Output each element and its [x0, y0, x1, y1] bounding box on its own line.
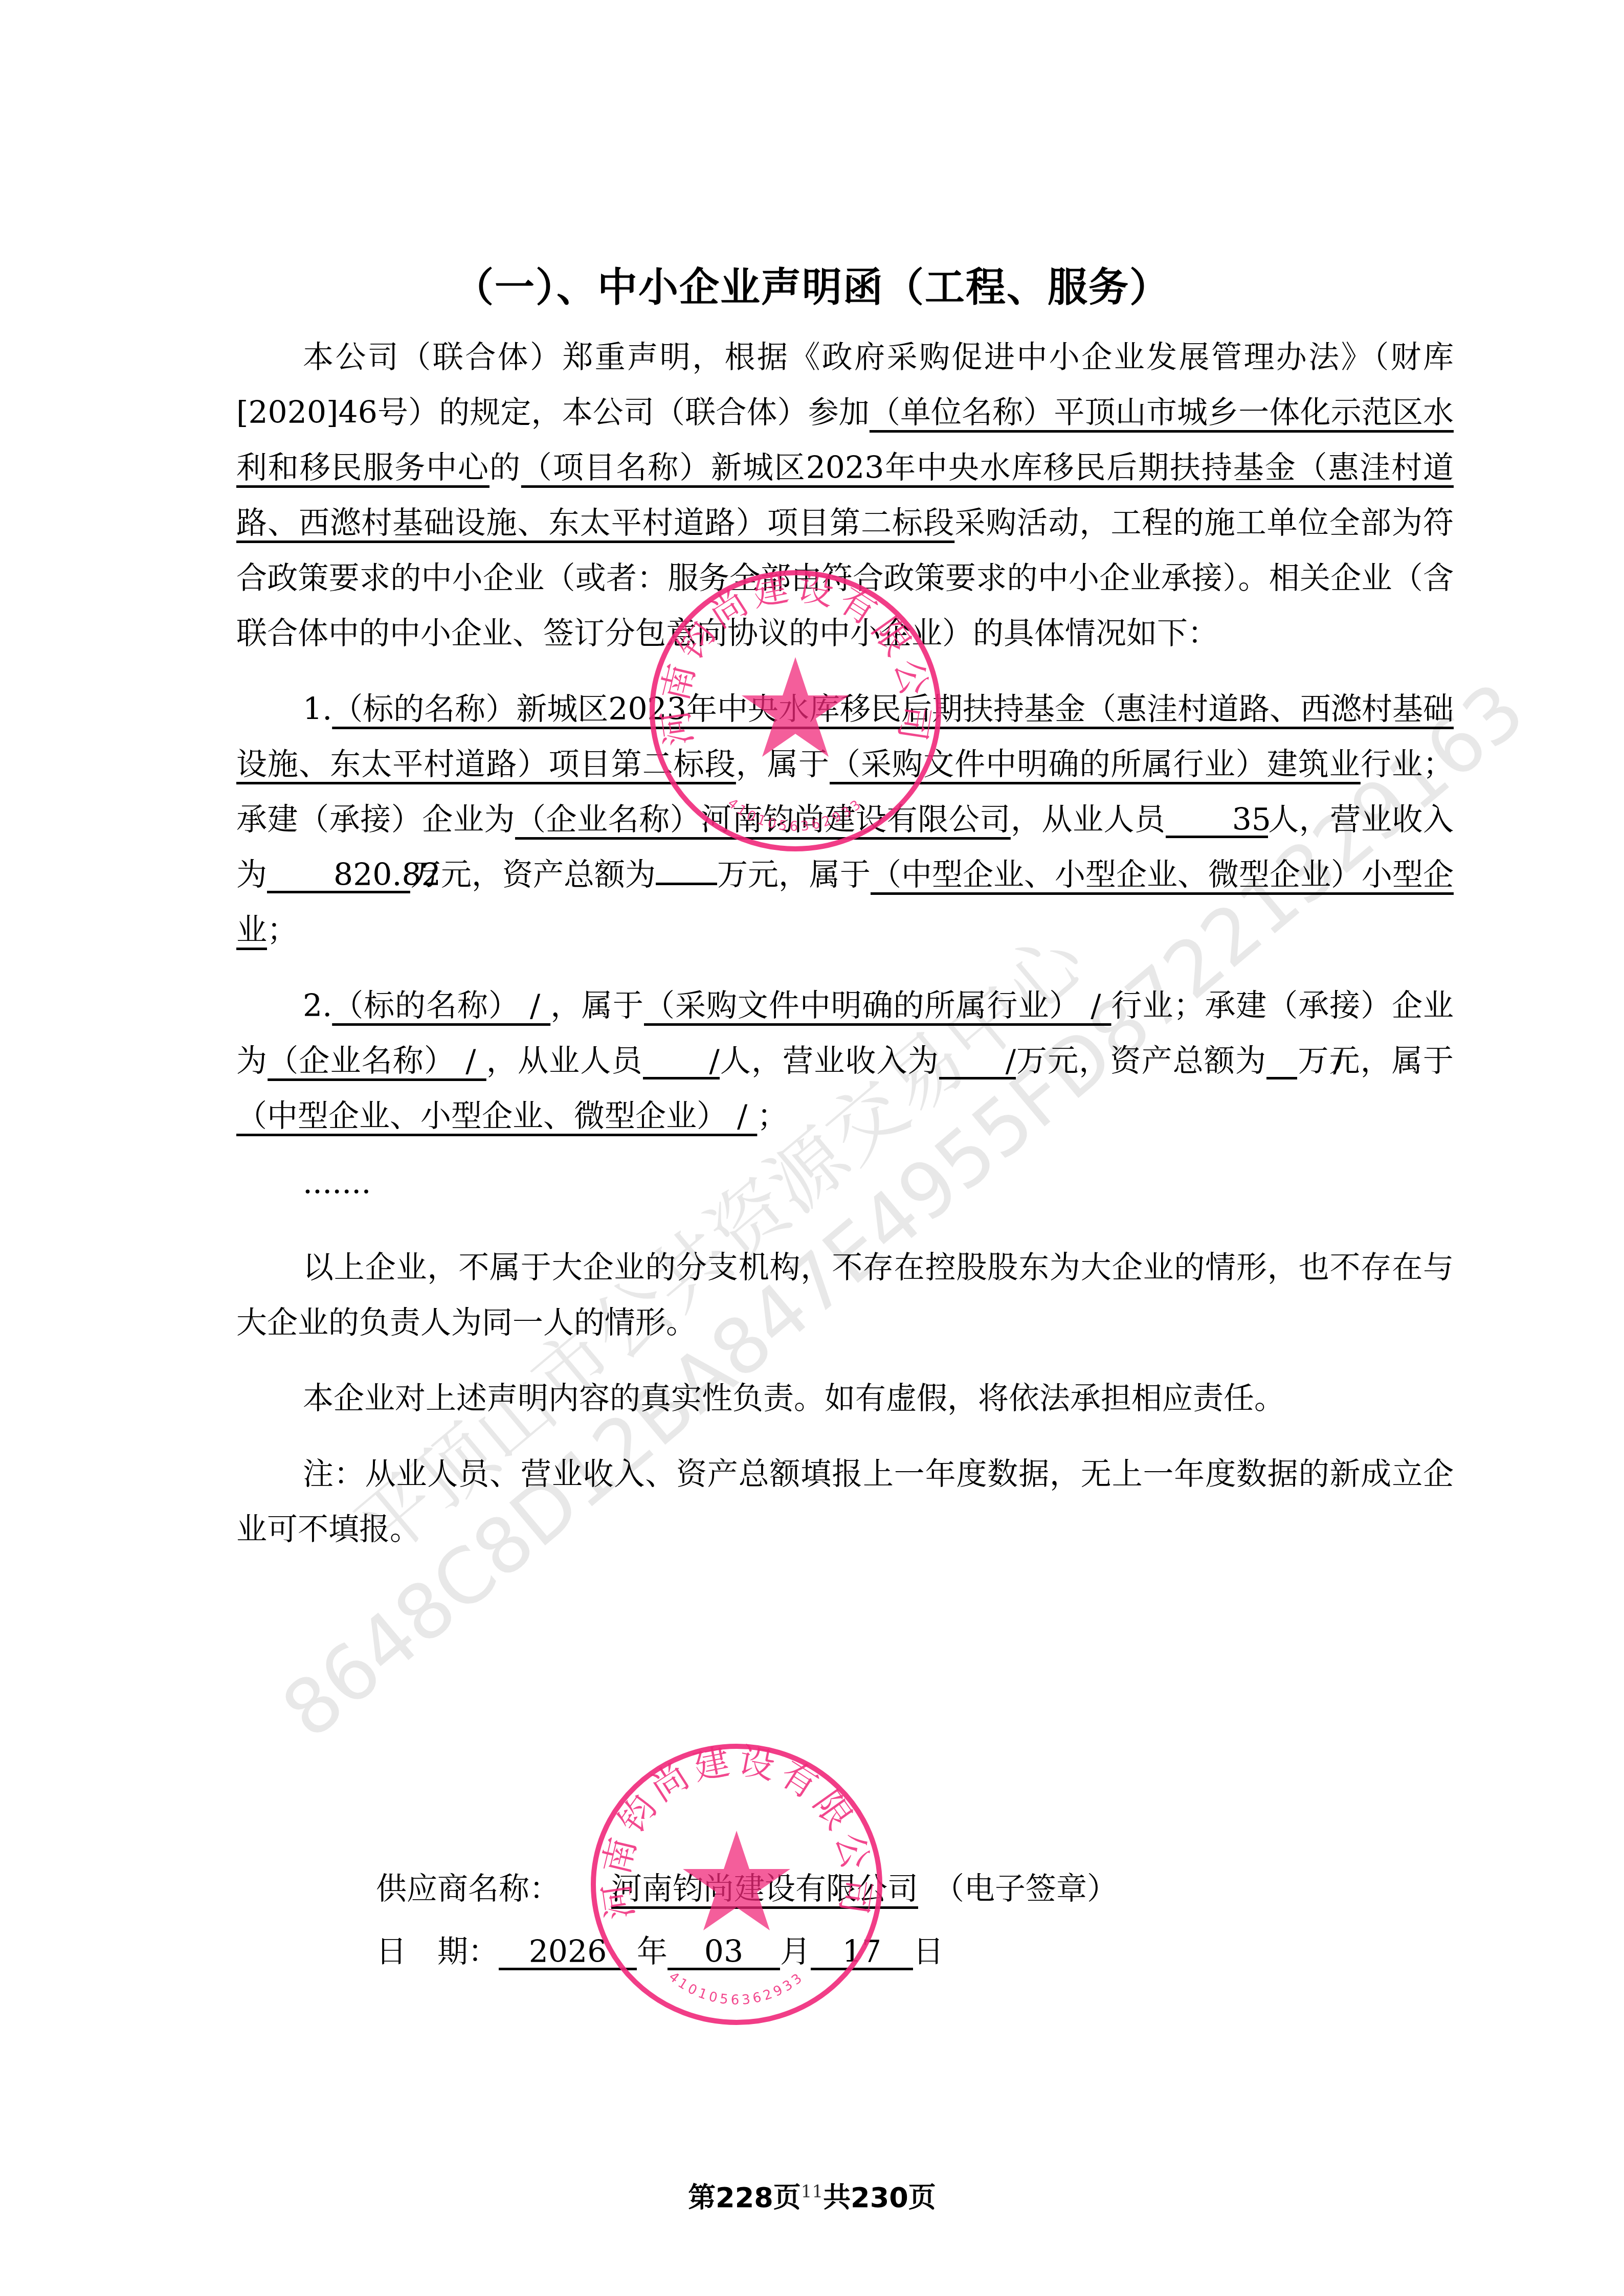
ellipsis: ······· — [236, 1164, 1454, 1220]
supplier-label: 供应商名称： — [376, 1871, 560, 1907]
label: 年 — [637, 1934, 668, 1970]
label: ，属于 — [550, 988, 644, 1024]
item-number: 2. — [303, 988, 332, 1024]
page-number: 第228页 — [688, 2181, 801, 2214]
industry: （采购文件中明确的所属行业） / — [644, 988, 1111, 1024]
label: ； — [757, 1098, 788, 1134]
enterprise-item-1: 1.（标的名称）新城区2023年中央水库移民后期扶持基金（惠洼村道路、西滺村基础… — [236, 682, 1454, 958]
industry: （采购文件中明确的所属行业）建筑业 — [830, 747, 1361, 782]
intro-paragraph: 本公司（联合体）郑重声明，根据《政府采购促进中小企业发展管理办法》（财库[202… — [236, 330, 1454, 661]
label: ，从业人员 — [1011, 802, 1166, 838]
label: 人，营业收入为 — [720, 1043, 939, 1079]
date-year: 2026 — [499, 1936, 637, 1970]
label: 日 — [913, 1934, 944, 1970]
label: 万元，属于 — [1297, 1043, 1454, 1079]
label: ，从业人员 — [486, 1043, 643, 1079]
revenue-value: 820.82 — [267, 859, 410, 893]
company-name: （企业名称）河南钧尚建设有限公司 — [515, 802, 1011, 838]
supplier-line: 供应商名称：河南钧尚建设有限公司（电子签章） — [376, 1861, 1118, 1917]
label: ，属于 — [736, 747, 830, 782]
label: 万元，资产总额为 — [1016, 1043, 1266, 1079]
enterprise-item-2: 2.（标的名称） / ，属于（采购文件中明确的所属行业） / 行业；承建（承接）… — [236, 978, 1454, 1144]
assets-value — [656, 851, 717, 885]
document-page: 平顶山市公共资源交易中心 8648C8D12BA847E4955FD872213… — [0, 0, 1624, 2296]
label: 万元，资产总额为 — [410, 857, 656, 893]
item-number: 1. — [303, 691, 332, 727]
date-line: 日 期：2026年03月17日 — [376, 1924, 944, 1979]
date-label: 日 期： — [376, 1934, 499, 1970]
page-title: （一）、中小企业声明函（工程、服务） — [0, 256, 1624, 313]
revenue-value: / — [939, 1045, 1016, 1079]
statement-not-large: 以上企业，不属于大企业的分支机构，不存在控股股东为大企业的情形，也不存在与大企业… — [236, 1240, 1454, 1350]
subject-name: （标的名称） / — [332, 988, 550, 1024]
label: 月 — [780, 1934, 811, 1970]
footer-superscript: 11 — [801, 2181, 823, 2202]
staff-count: 35 — [1166, 804, 1268, 838]
assets-value: / — [1266, 1045, 1297, 1079]
statement-truth: 本企业对上述声明内容的真实性负责。如有虚假，将依法承担相应责任。 — [236, 1371, 1454, 1426]
page-footer: 第228页11共230页 — [0, 2176, 1624, 2215]
date-day: 17 — [811, 1936, 913, 1970]
enterprise-size: （中型企业、小型企业、微型企业） / — [236, 1098, 757, 1134]
document-body: 本公司（联合体）郑重声明，根据《政府采购促进中小企业发展管理办法》（财库[202… — [236, 330, 1454, 1557]
label: 万元，属于 — [717, 857, 871, 893]
page-total: 共230页 — [823, 2181, 936, 2214]
supplier-name: 河南钧尚建设有限公司 — [591, 1871, 918, 1907]
intro-text: 的 — [490, 450, 521, 486]
date-month: 03 — [668, 1936, 780, 1970]
note: 注：从业人员、营业收入、资产总额填报上一年度数据，无上一年度数据的新成立企业可不… — [236, 1447, 1454, 1557]
staff-count: / — [643, 1045, 720, 1079]
company-name: （企业名称） / — [268, 1043, 486, 1079]
label: ； — [267, 912, 298, 948]
seal-note: （电子签章） — [933, 1871, 1118, 1907]
